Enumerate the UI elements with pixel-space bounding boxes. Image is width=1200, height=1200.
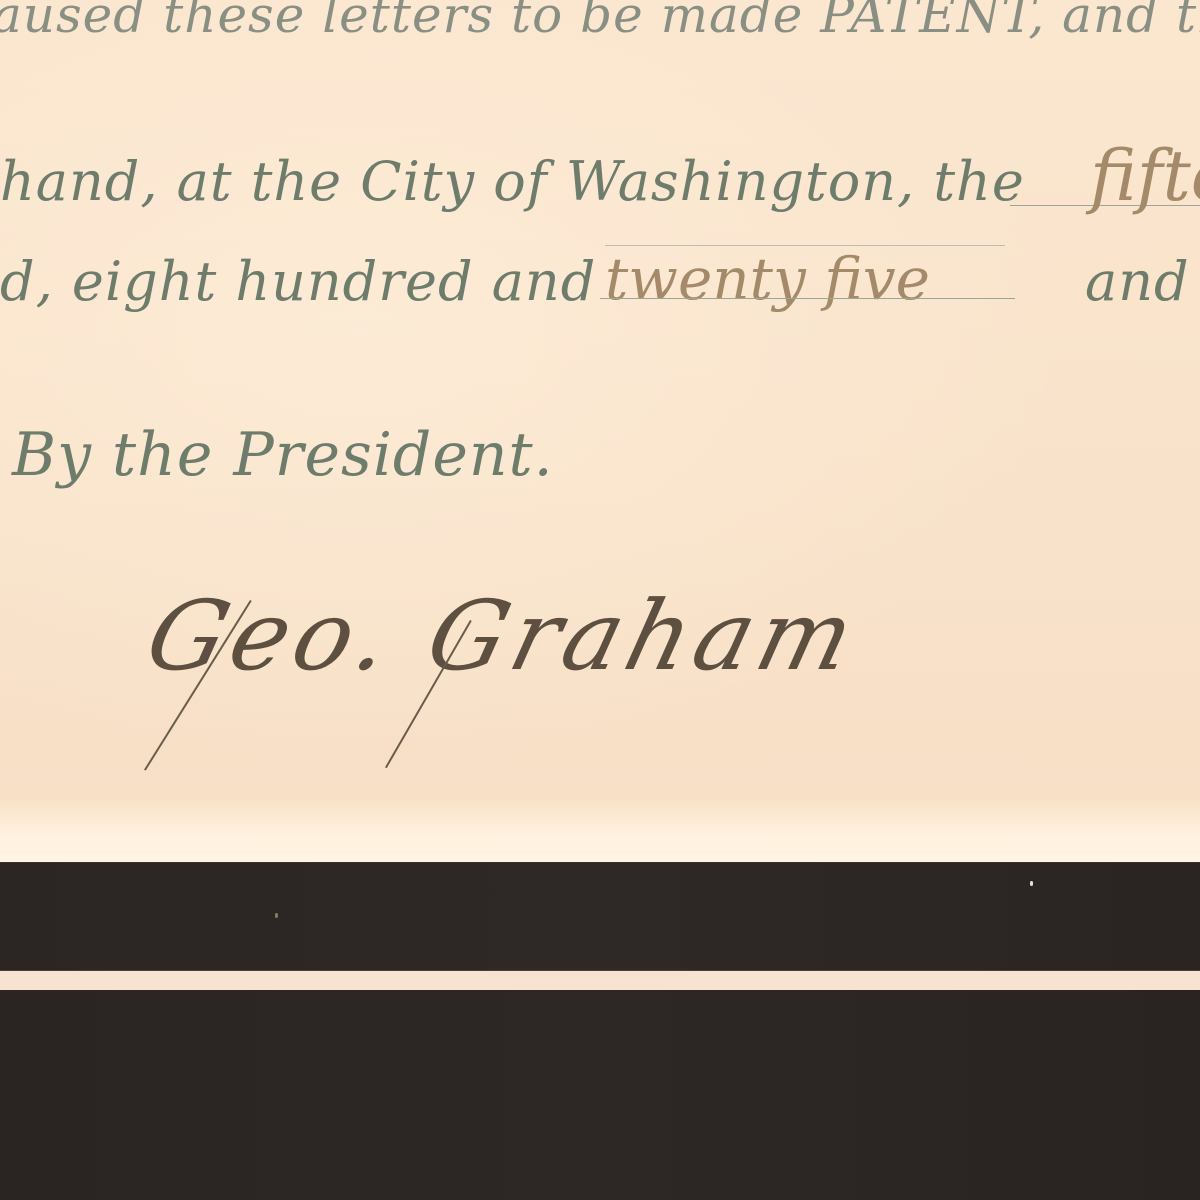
frame-mat-lower — [0, 990, 1200, 1200]
engraved-text-line-3: d, eight hundred and — [0, 250, 596, 313]
engraved-text-line-1: aused these letters to be made PATENT, a… — [0, 0, 1200, 44]
dust-speck — [275, 913, 278, 918]
frame-mat-upper — [0, 863, 1200, 970]
handwritten-year: twenty five — [605, 245, 930, 313]
attestation-by-the-president: By the President. — [12, 420, 554, 490]
engraved-text-line-3-suffix: and o — [1085, 250, 1200, 313]
dust-speck — [1030, 881, 1033, 886]
fill-in-rule-year — [600, 298, 1015, 299]
signature: Geo. Graham — [136, 580, 870, 692]
handwritten-day: fifte — [1090, 135, 1200, 217]
frame-mat-stripe — [0, 970, 1200, 992]
document-paper: aused these letters to be made PATENT, a… — [0, 0, 1200, 838]
engraved-text-line-2: hand, at the City of Washington, the — [0, 150, 1025, 213]
paper-bottom-edge — [0, 800, 1200, 864]
